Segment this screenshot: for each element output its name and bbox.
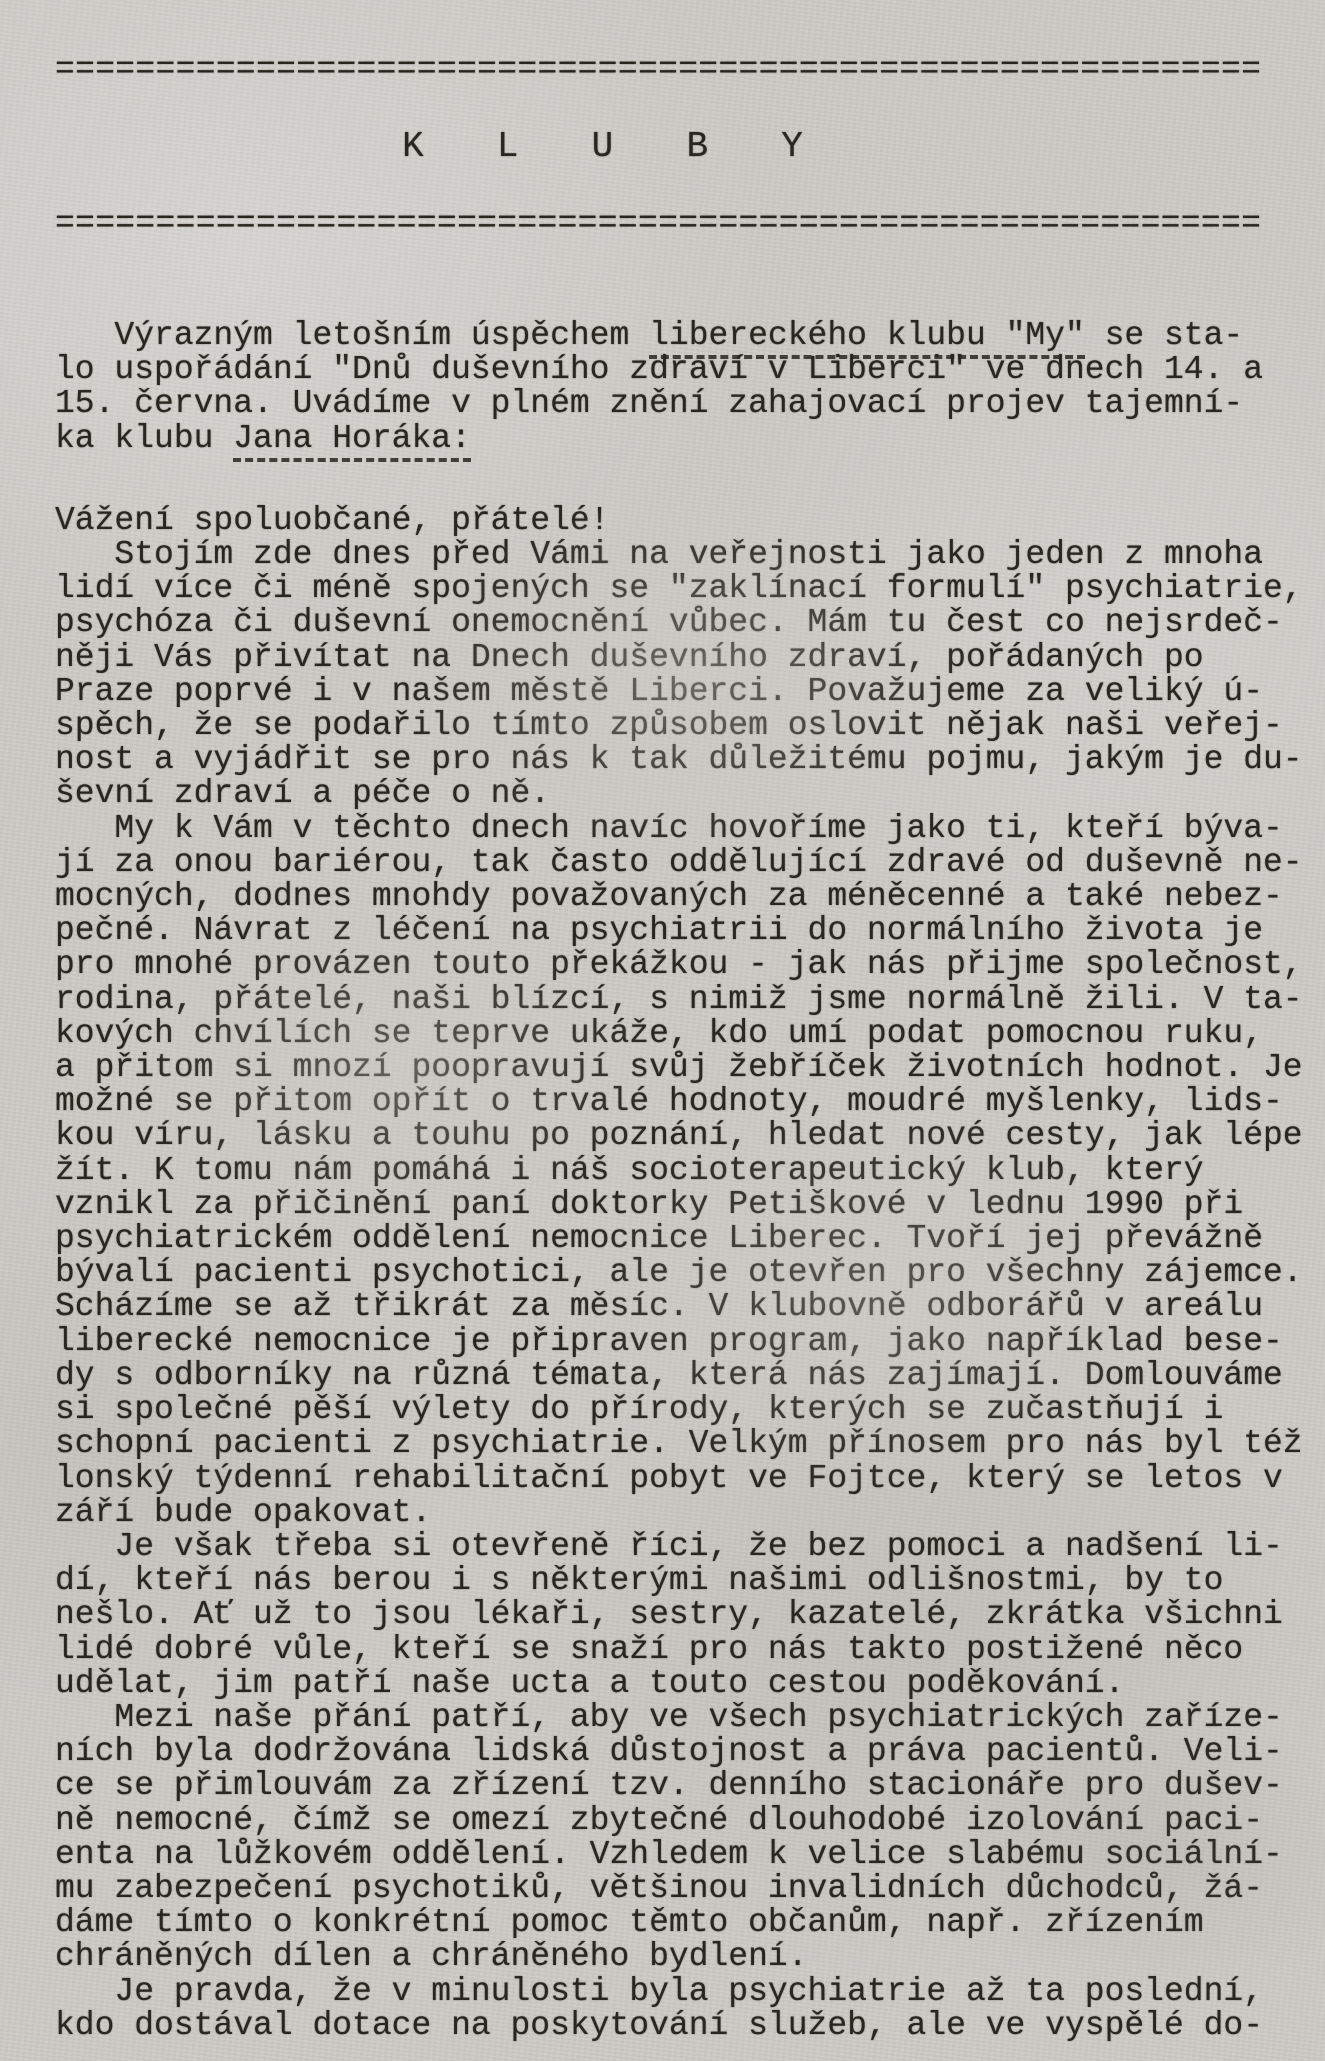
intro-line-3: 15. června. Uvádíme v plném znění zahajo… [55,387,1325,421]
document-content: ========================================… [0,0,1325,2043]
separator-top: ========================================… [55,55,1270,85]
intro-line-1-tail: se sta- [1085,317,1243,354]
speech-paragraph-2: My k Vám v těchto dnech navíc hovoříme j… [55,812,1325,1530]
intro-paragraph: Výrazným letošním úspěchem libereckého k… [55,319,1325,456]
speech-salutation: Vážení spoluobčané, přátelé! [55,504,1325,538]
intro-line-4: ka klubu Jana Horáka: [55,422,1325,456]
intro-line-1: Výrazným letošním úspěchem libereckého k… [55,319,1325,353]
intro-line-2: lo uspořádání "Dnů duševního zdraví v Li… [55,353,1325,387]
intro-line-4-underlined-speaker-name: Jana Horáka: [233,420,471,462]
speech-paragraph-5: Je pravda, že v minulosti byla psychiatr… [55,1975,1325,2043]
speech-paragraph-3: Je však třeba si otevřeně říci, že bez p… [55,1530,1325,1701]
page-title: K L U B Y [0,125,1215,169]
speech-body: Vážení spoluobčané, přátelé! Stojím zde … [55,504,1325,2043]
separator-under-title: ========================================… [55,209,1270,239]
intro-line-4-text: ka klubu [55,420,233,457]
speech-paragraph-4: Mezi naše přání patří, aby ve všech psyc… [55,1701,1325,1975]
speech-paragraph-1: Stojím zde dnes před Vámi na veřejnosti … [55,538,1325,812]
document-page: ========================================… [0,0,1325,2061]
intro-line-1-text: Výrazným letošním úspěchem [55,317,649,354]
